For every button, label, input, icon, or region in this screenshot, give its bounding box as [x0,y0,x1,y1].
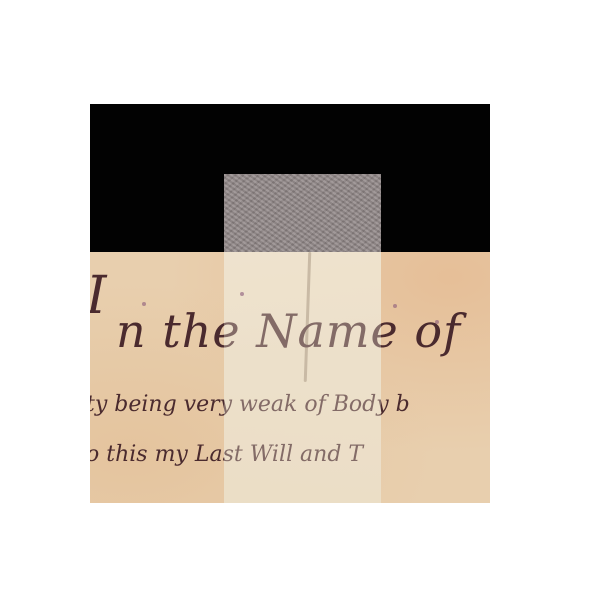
ink-speck [435,320,439,324]
gray-textured-block [224,174,381,254]
initial-flourish: I [90,266,107,326]
manuscript-paper: I n the Name of ty being very weak of Bo… [90,252,490,503]
script-line-1: n the Name of [116,304,461,358]
script-line-3: o this my Last Will and T [90,442,363,467]
ink-speck [142,302,146,306]
script-line-2: ty being very weak of Body b [90,392,410,417]
ink-speck [240,292,244,296]
ink-speck [393,304,397,308]
manuscript-artwork: I n the Name of ty being very weak of Bo… [90,104,490,503]
